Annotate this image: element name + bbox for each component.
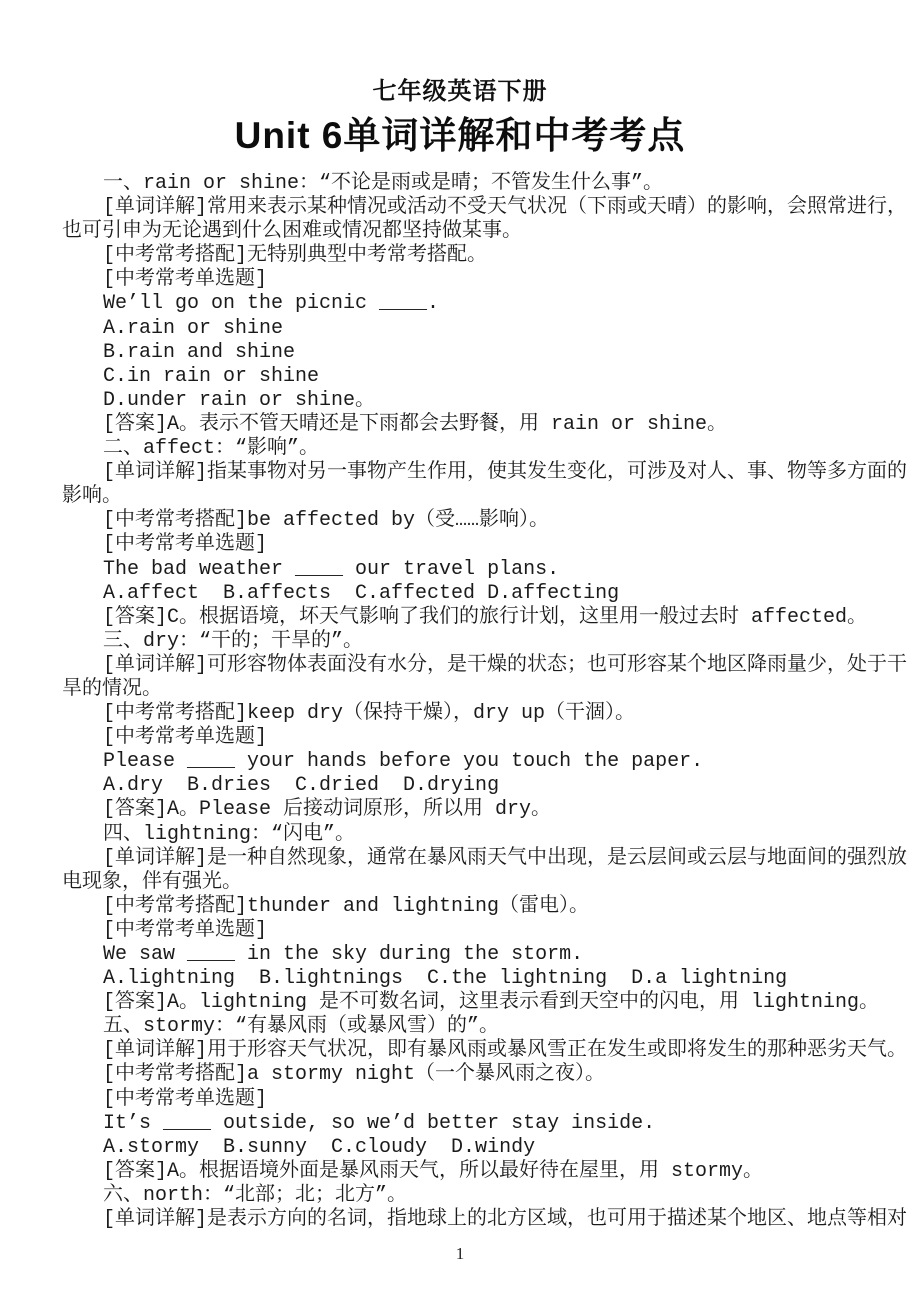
option-line: A.stormy B.sunny C.cloudy D.windy	[62, 1136, 860, 1160]
collocation-line: [中考常考搭配]thunder and lightning（雷电）。	[62, 895, 860, 919]
detail-line: [单词详解]是表示方向的名词，指地球上的北方区域，也可用于描述某个地区、地点等相…	[62, 1208, 860, 1232]
answer-line: [答案]A。lightning 是不可数名词，这里表示看到天空中的闪电，用 li…	[62, 991, 860, 1015]
detail-line: [单词详解]是一种自然现象，通常在暴风雨天气中出现，是云层间或云层与地面间的强烈…	[62, 847, 860, 871]
doc-subject-header: 七年级英语下册	[0, 0, 920, 106]
question-type-line: [中考常考单选题]	[62, 1088, 860, 1112]
word-section-2: 二、affect：“影响”。[单词详解]指某事物对另一事物产生作用，使其发生变化…	[62, 437, 860, 630]
detail-line: [单词详解]用于形容天气状况，即有暴风雨或暴风雪正在发生或即将发生的那种恶劣天气…	[62, 1039, 860, 1063]
entry-heading-line: 四、lightning：“闪电”。	[62, 823, 860, 847]
option-line: B.rain and shine	[62, 341, 860, 365]
option-line: A.dry B.dries C.dried D.drying	[62, 774, 860, 798]
answer-line: [答案]A。Please 后接动词原形，所以用 dry。	[62, 798, 860, 822]
question-type-line: [中考常考单选题]	[62, 726, 860, 750]
collocation-line: [中考常考搭配]a stormy night（一个暴风雨之夜）。	[62, 1063, 860, 1087]
entry-heading-line: 六、north：“北部；北；北方”。	[62, 1184, 860, 1208]
document-body: 一、rain or shine：“不论是雨或是晴；不管发生什么事”。[单词详解]…	[62, 172, 860, 1232]
entry-heading-line: 五、stormy：“有暴风雨（或暴风雪）的”。	[62, 1015, 860, 1039]
word-section-6: 六、north：“北部；北；北方”。[单词详解]是表示方向的名词，指地球上的北方…	[62, 1184, 860, 1232]
stem-line: We’ll go on the picnic ____.	[62, 292, 860, 316]
entry-heading-line: 二、affect：“影响”。	[62, 437, 860, 461]
stem-line: Please ____ your hands before you touch …	[62, 750, 860, 774]
word-section-3: 三、dry：“干的；干旱的”。[单词详解]可形容物体表面没有水分，是干燥的状态；…	[62, 630, 860, 823]
option-line: C.in rain or shine	[62, 365, 860, 389]
collocation-line: [中考常考搭配]be affected by（受……影响）。	[62, 509, 860, 533]
detail-continuation-line: 旱的情况。	[62, 678, 860, 702]
collocation-line: [中考常考搭配]无特别典型中考常考搭配。	[62, 244, 860, 268]
option-line: A.affect B.affects C.affected D.affectin…	[62, 582, 860, 606]
detail-continuation-line: 也可引申为无论遇到什么困难或情况都坚持做某事。	[62, 220, 860, 244]
word-section-4: 四、lightning：“闪电”。[单词详解]是一种自然现象，通常在暴风雨天气中…	[62, 823, 860, 1016]
detail-line: [单词详解]常用来表示某种情况或活动不受天气状况（下雨或天晴）的影响，会照常进行…	[62, 196, 860, 220]
word-section-1: 一、rain or shine：“不论是雨或是晴；不管发生什么事”。[单词详解]…	[62, 172, 860, 437]
option-line: A.rain or shine	[62, 317, 860, 341]
collocation-line: [中考常考搭配]keep dry（保持干燥），dry up（干涸）。	[62, 702, 860, 726]
question-type-line: [中考常考单选题]	[62, 919, 860, 943]
detail-continuation-line: 电现象，伴有强光。	[62, 871, 860, 895]
stem-line: We saw ____ in the sky during the storm.	[62, 943, 860, 967]
stem-line: The bad weather ____ our travel plans.	[62, 558, 860, 582]
word-section-5: 五、stormy：“有暴风雨（或暴风雪）的”。[单词详解]用于形容天气状况，即有…	[62, 1015, 860, 1184]
stem-line: It’s ____ outside, so we’d better stay i…	[62, 1112, 860, 1136]
detail-line: [单词详解]指某事物对另一事物产生作用，使其发生变化，可涉及对人、事、物等多方面…	[62, 461, 860, 485]
question-type-line: [中考常考单选题]	[62, 533, 860, 557]
entry-heading-line: 三、dry：“干的；干旱的”。	[62, 630, 860, 654]
detail-line: [单词详解]可形容物体表面没有水分，是干燥的状态；也可形容某个地区降雨量少，处于…	[62, 654, 860, 678]
option-line: A.lightning B.lightnings C.the lightning…	[62, 967, 860, 991]
entry-heading-line: 一、rain or shine：“不论是雨或是晴；不管发生什么事”。	[62, 172, 860, 196]
answer-line: [答案]C。根据语境，坏天气影响了我们的旅行计划，这里用一般过去时 affect…	[62, 606, 860, 630]
detail-continuation-line: 影响。	[62, 485, 860, 509]
answer-line: [答案]A。表示不管天晴还是下雨都会去野餐，用 rain or shine。	[62, 413, 860, 437]
question-type-line: [中考常考单选题]	[62, 268, 860, 292]
answer-line: [答案]A。根据语境外面是暴风雨天气，所以最好待在屋里，用 stormy。	[62, 1160, 860, 1184]
document-page: 七年级英语下册 Unit 6单词详解和中考考点 一、rain or shine：…	[0, 0, 920, 1302]
option-line: D.under rain or shine。	[62, 389, 860, 413]
page-title: Unit 6单词详解和中考考点	[0, 114, 920, 158]
page-number: 1	[0, 1244, 920, 1264]
